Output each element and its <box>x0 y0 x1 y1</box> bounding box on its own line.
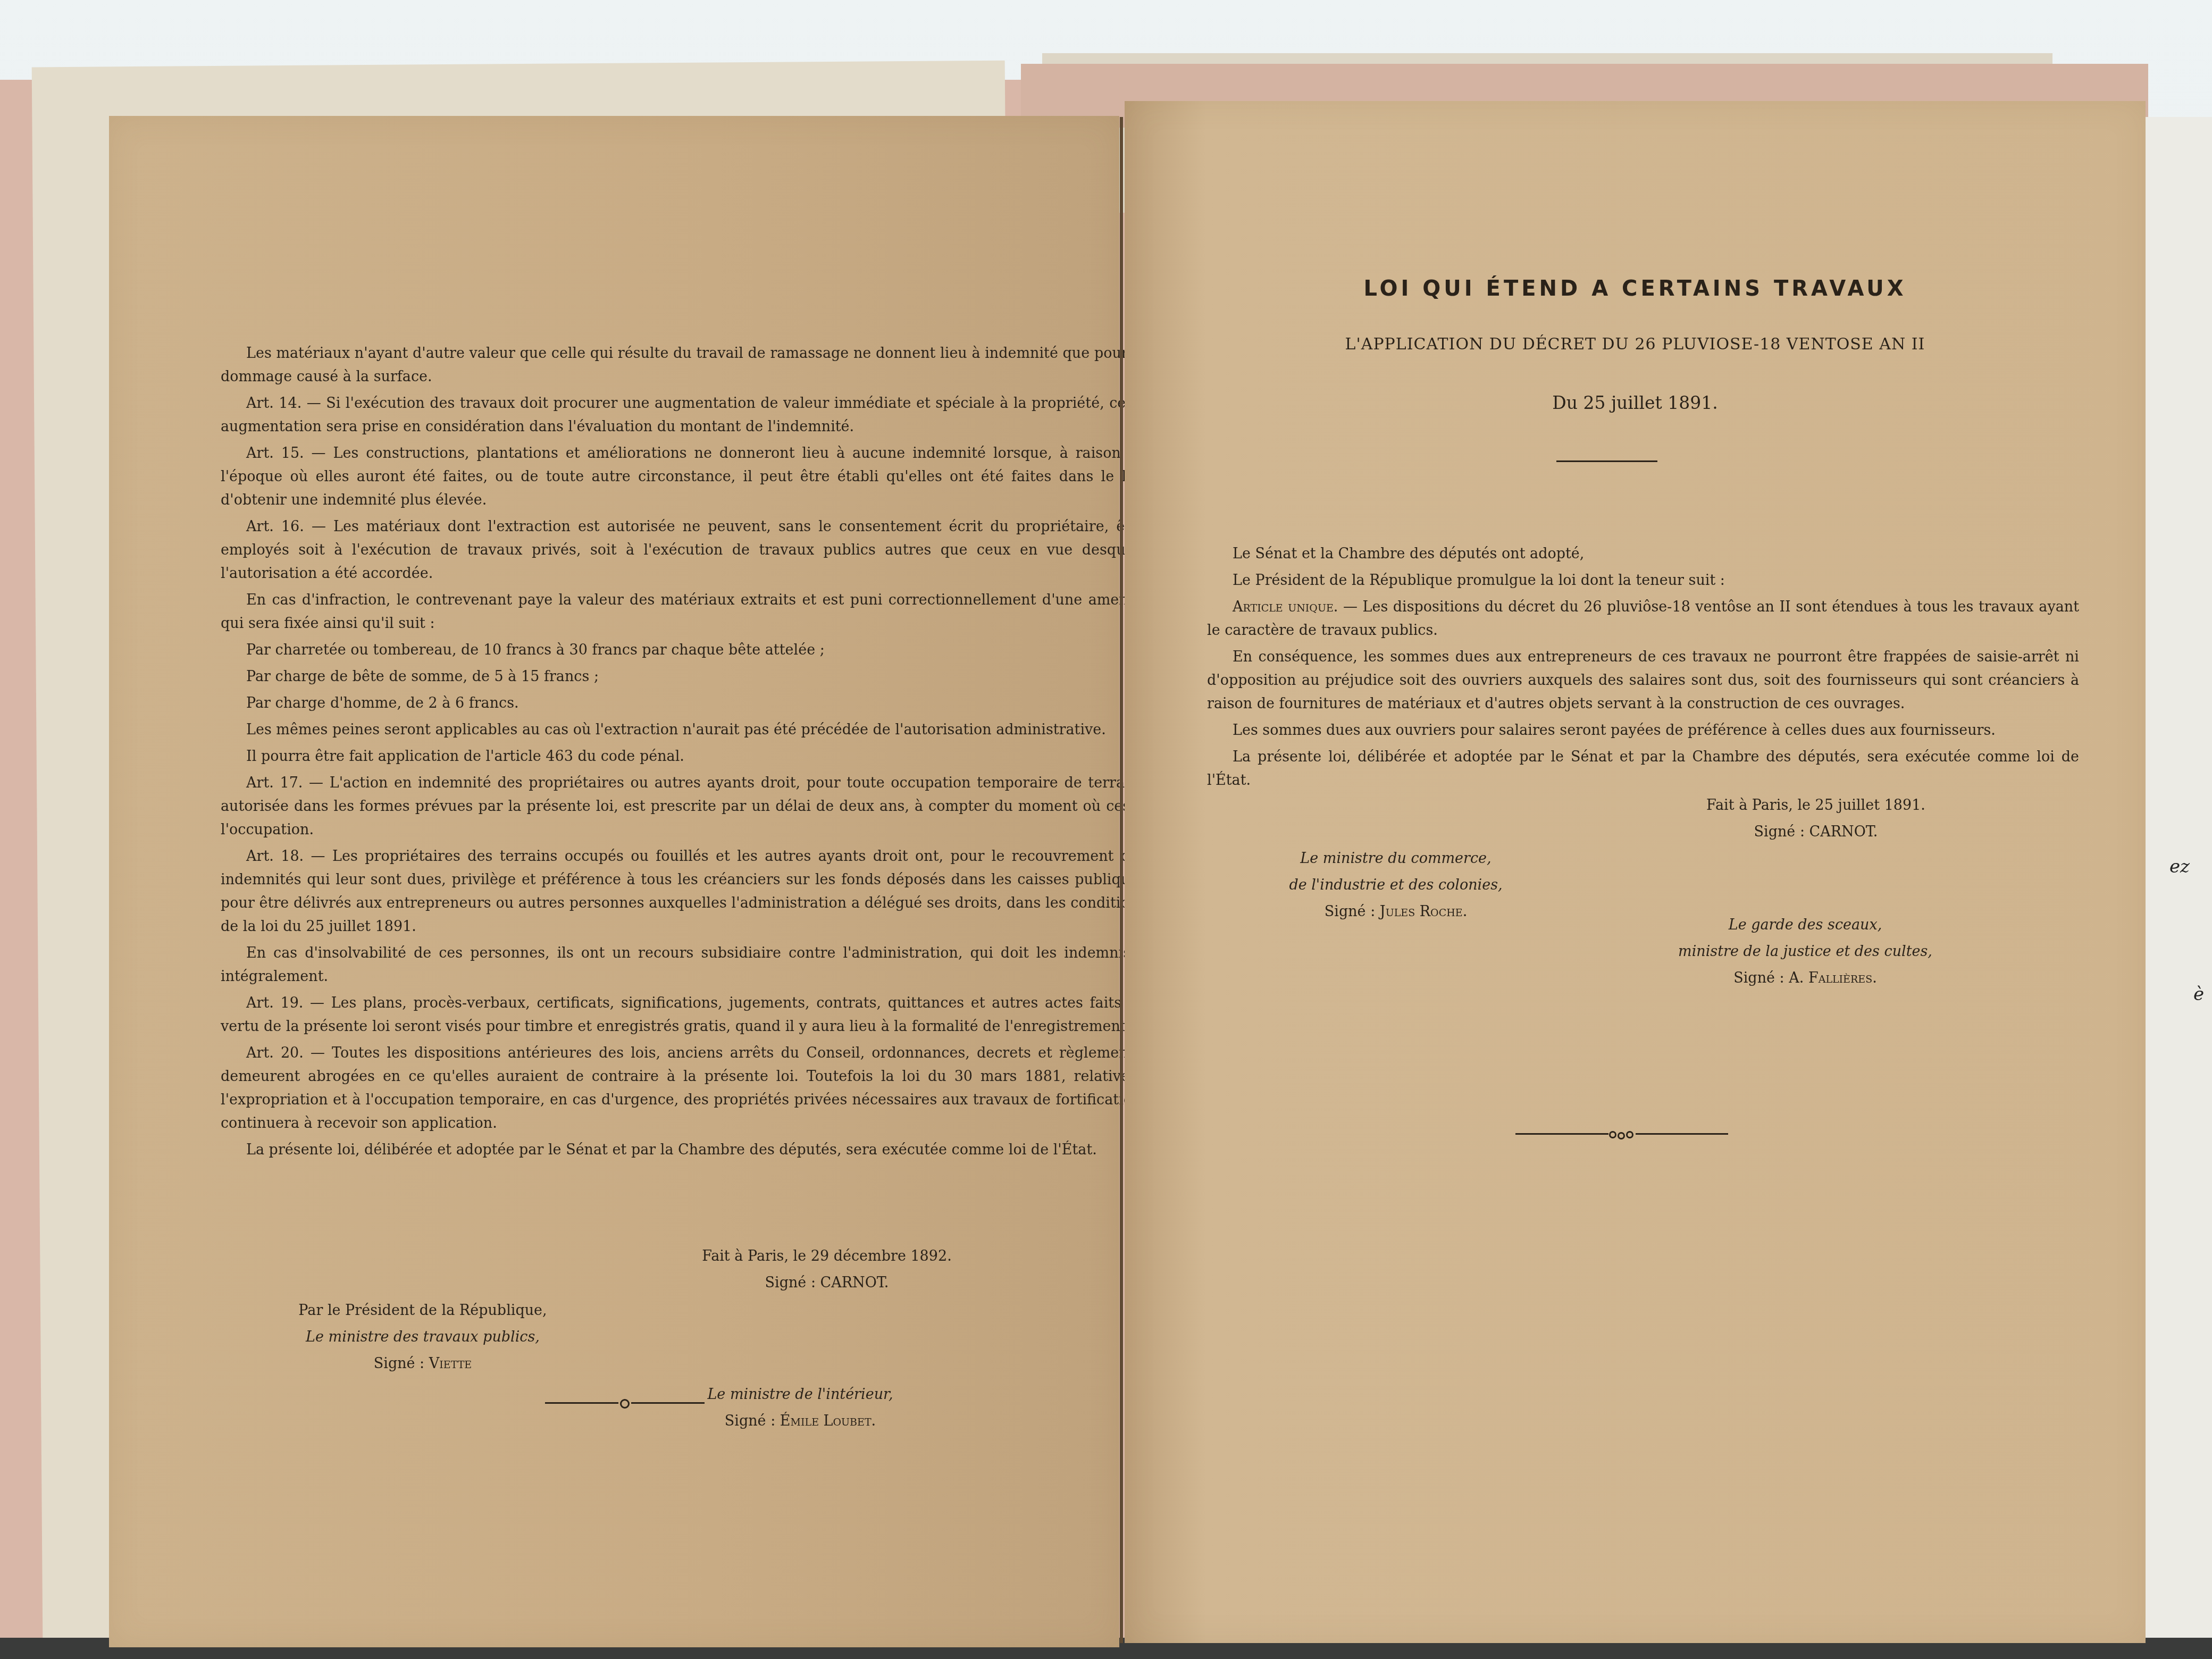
par-le-president-line: Par le Président de la République, <box>263 1297 582 1324</box>
paragraph: Par charretée ou tombereau, de 10 francs… <box>221 639 1146 662</box>
paragraph-text: Il pourra être fait application de l'art… <box>246 748 684 765</box>
signe-loubet-line: Signé : Émile Loubet. <box>641 1408 960 1435</box>
signer-name: Viette <box>429 1355 472 1372</box>
left-signature-interieur: Le ministre de l'intérieur, Signé : Émil… <box>641 1381 960 1435</box>
paragraph-text: Par charge de bête de somme, de 5 à 15 f… <box>246 668 599 685</box>
paragraph: Les mêmes peines seront applicables au c… <box>221 718 1146 742</box>
paragraph-text: Le Sénat et la Chambre des députés ont a… <box>1233 546 1584 562</box>
law-date: Du 25 juillet 1891. <box>1125 392 2146 413</box>
paragraph: En cas d'infraction, le contrevenant pay… <box>221 589 1146 635</box>
paragraph-text: Les propriétaires des terrains occupés o… <box>221 848 1146 935</box>
paragraph-text: Les matériaux dont l'extraction est auto… <box>221 518 1146 582</box>
paragraph-text: Les sommes dues aux ouvriers pour salair… <box>1233 722 1996 739</box>
ministre-travaux-line: Le ministre des travaux publics, <box>263 1324 582 1351</box>
garde-sceaux-line-2: ministre de la justice et des cultes, <box>1646 939 1965 965</box>
paragraph-text: Si l'exécution des travaux doit procurer… <box>221 395 1146 435</box>
article-number: Art. 17. — <box>246 775 330 791</box>
signe-roche-line: Signé : Jules Roche. <box>1263 899 1529 925</box>
paragraph: Le Sénat et la Chambre des députés ont a… <box>1207 542 2079 566</box>
article-paragraph: Article unique. — Les dispositions du dé… <box>1207 596 2079 642</box>
article-paragraph: Art. 19. — Les plans, procès-verbaux, ce… <box>221 992 1146 1038</box>
signe-fallieres-line: Signé : A. Fallières. <box>1646 965 1965 992</box>
paragraph-text: La présente loi, délibérée et adoptée pa… <box>1207 749 2079 789</box>
right-signature-commerce: Le ministre du commerce, de l'industrie … <box>1263 845 1529 925</box>
left-signature-president: Fait à Paris, le 29 décembre 1892. Signé… <box>667 1243 986 1296</box>
paragraph-text: L'action en indemnité des propriétaires … <box>221 775 1146 838</box>
paragraph-text: Par charge d'homme, de 2 à 6 francs. <box>246 695 519 711</box>
signer-name: Émile Loubet. <box>780 1413 876 1429</box>
paragraph-text: En cas d'infraction, le contrevenant pay… <box>221 592 1146 632</box>
article-number: Art. 15. — <box>246 445 333 462</box>
paragraph-text: La présente loi, délibérée et adoptée pa… <box>246 1142 1097 1158</box>
garde-sceaux-line: Le garde des sceaux, <box>1646 912 1965 939</box>
handwritten-margin-note: è <box>2193 984 2204 1005</box>
article-paragraph: Art. 20. — Toutes les dispositions antér… <box>221 1042 1146 1135</box>
book-spine <box>1120 117 1123 1643</box>
paragraph-text: Les matériaux n'ayant d'autre valeur que… <box>221 345 1146 385</box>
article-paragraph: Art. 18. — Les propriétaires des terrain… <box>221 845 1146 939</box>
signe-label: Signé : <box>725 1413 780 1429</box>
article-number: Art. 14. — <box>246 395 326 412</box>
signe-label: Signé : <box>1325 903 1380 920</box>
paragraph-text: Par charretée ou tombereau, de 10 francs… <box>246 642 825 658</box>
paragraph: En conséquence, les sommes dues aux entr… <box>1207 646 2079 716</box>
handwritten-margin-note: ez <box>2169 856 2190 877</box>
paragraph: Par charge de bête de somme, de 5 à 15 f… <box>221 665 1146 689</box>
paragraph: La présente loi, délibérée et adoptée pa… <box>1207 745 2079 792</box>
paragraph: Il pourra être fait application de l'art… <box>221 745 1146 768</box>
left-page: Les matériaux n'ayant d'autre valeur que… <box>109 116 1119 1647</box>
paragraph-text: Les plans, procès-verbaux, certificats, … <box>221 995 1146 1035</box>
paragraph-text: Le Président de la République promulgue … <box>1233 572 1725 589</box>
paragraph-text: Toutes les dispositions antérieures des … <box>221 1045 1146 1132</box>
paragraph: Le Président de la République promulgue … <box>1207 569 2079 592</box>
right-page: LOI QUI ÉTEND A CERTAINS TRAVAUX L'APPLI… <box>1125 101 2146 1643</box>
left-page-body: Les matériaux n'ayant d'autre valeur que… <box>221 342 1146 1165</box>
fait-a-paris-line: Fait à Paris, le 25 juillet 1891. <box>1656 792 1975 819</box>
title-rule <box>1556 460 1657 462</box>
ministre-commerce-line: Le ministre du commerce, <box>1263 845 1529 872</box>
signe-carnot-line: Signé : CARNOT. <box>1656 819 1975 845</box>
signe-carnot-line: Signé : CARNOT. <box>667 1270 986 1296</box>
article-number: Art. 19. — <box>246 995 331 1011</box>
signe-label: Signé : <box>374 1355 429 1372</box>
paragraph-text: Les constructions, plantations et amélio… <box>221 445 1146 508</box>
paragraph: Les sommes dues aux ouvriers pour salair… <box>1207 719 2079 742</box>
article-number: Art. 18. — <box>246 848 332 865</box>
law-subtitle: L'APPLICATION DU DÉCRET DU 26 PLUVIOSE-1… <box>1125 335 2146 354</box>
paragraph-text: En conséquence, les sommes dues aux entr… <box>1207 649 2079 712</box>
article-number: Art. 20. — <box>246 1045 332 1061</box>
right-page-body: Le Sénat et la Chambre des députés ont a… <box>1207 542 2079 795</box>
article-number: Article unique. — <box>1233 599 1362 615</box>
paragraph-text: En cas d'insolvabilité de ces personnes,… <box>221 945 1146 985</box>
ministre-commerce-line-2: de l'industrie et des colonies, <box>1263 872 1529 899</box>
article-paragraph: Art. 14. — Si l'exécution des travaux do… <box>221 392 1146 439</box>
left-signature-travaux: Par le Président de la République, Le mi… <box>263 1297 582 1377</box>
article-paragraph: Art. 15. — Les constructions, plantation… <box>221 442 1146 512</box>
right-signature-president: Fait à Paris, le 25 juillet 1891. Signé … <box>1656 792 1975 845</box>
paragraph: En cas d'insolvabilité de ces personnes,… <box>221 942 1146 988</box>
paragraph: Les matériaux n'ayant d'autre valeur que… <box>221 342 1146 389</box>
law-title: LOI QUI ÉTEND A CERTAINS TRAVAUX <box>1125 276 2146 301</box>
right-signature-justice: Le garde des sceaux, ministre de la just… <box>1646 912 1965 992</box>
end-ornament-icon <box>1515 1128 1728 1139</box>
signer-name: Jules Roche. <box>1380 903 1467 920</box>
article-number: Art. 16. — <box>246 518 333 535</box>
signer-name: A. Fallières. <box>1789 970 1877 986</box>
fait-a-paris-line: Fait à Paris, le 29 décembre 1892. <box>667 1243 986 1270</box>
paragraph-text: Les mêmes peines seront applicables au c… <box>246 722 1106 738</box>
signe-viette-line: Signé : Viette <box>263 1351 582 1377</box>
article-paragraph: Art. 16. — Les matériaux dont l'extracti… <box>221 515 1146 585</box>
end-ornament-icon <box>545 1397 705 1408</box>
signe-label: Signé : <box>1733 970 1789 986</box>
paragraph: La présente loi, délibérée et adoptée pa… <box>221 1138 1146 1162</box>
article-paragraph: Art. 17. — L'action en indemnité des pro… <box>221 772 1146 842</box>
paragraph: Par charge d'homme, de 2 à 6 francs. <box>221 692 1146 715</box>
